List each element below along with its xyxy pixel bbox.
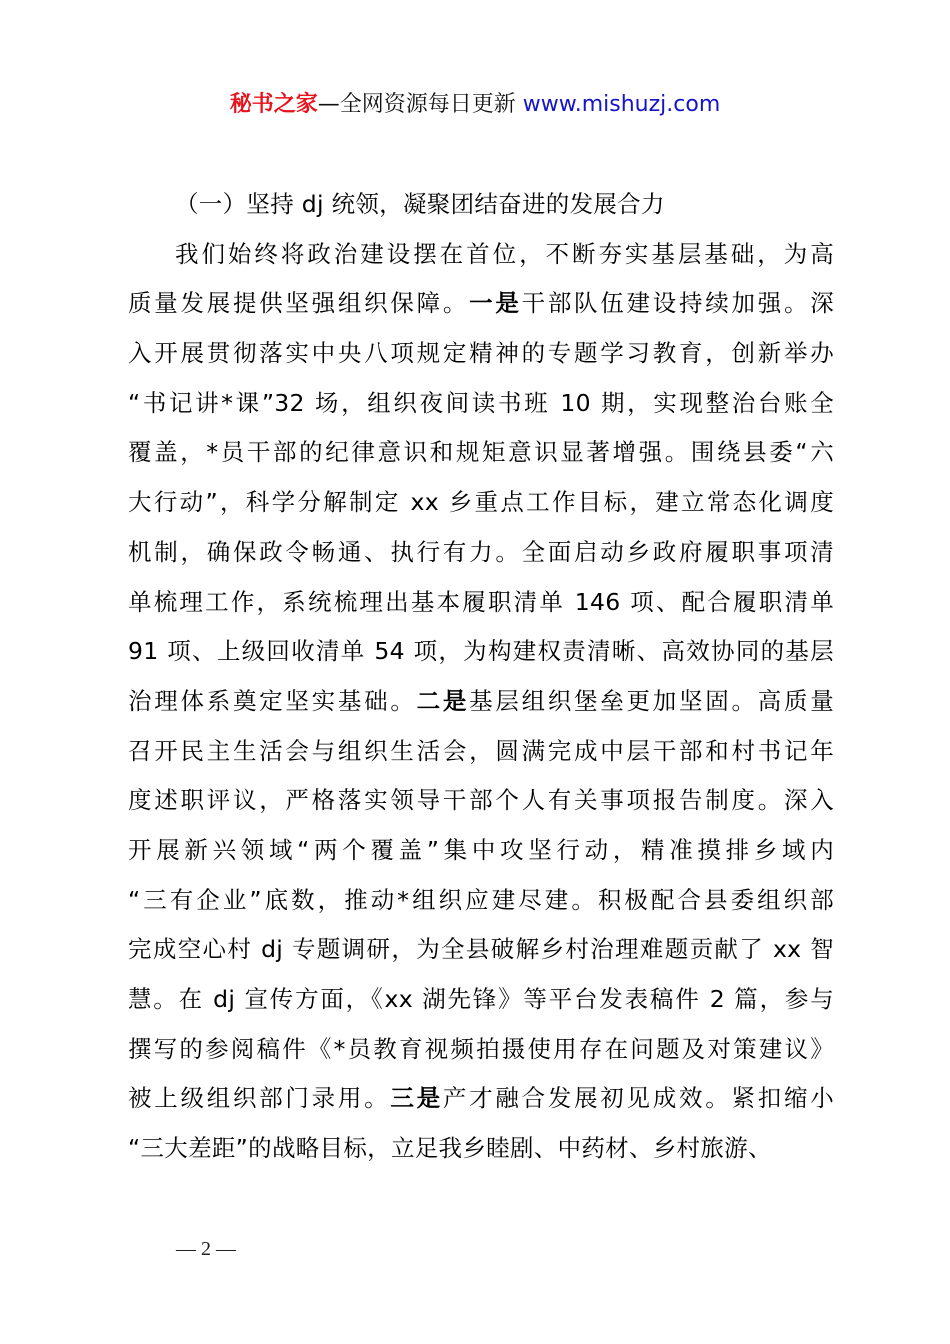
paragraph-line: 被上级组织部门录用。三是产才融合发展初见成效。紧扣缩小 — [128, 1074, 834, 1124]
paragraph-line: 质量发展提供坚强组织保障。一是干部队伍建设持续加强。深 — [128, 279, 834, 329]
brand-name: 秘书之家 — [230, 92, 318, 117]
paragraph-line: 撰写的参阅稿件《*员教育视频拍摄使用存在问题及对策建议》 — [128, 1025, 834, 1075]
watermark-header: 秘书之家—全网资源每日更新 www.mishuzj.com — [0, 88, 950, 122]
section-heading: （一）坚持 dj 统领，凝聚团结奋进的发展合力 — [128, 180, 834, 230]
bold-marker: 二是 — [417, 687, 469, 715]
paragraph-line: 召开民主生活会与组织生活会，圆满完成中层干部和村书记年 — [128, 727, 834, 777]
bold-marker: 三是 — [390, 1084, 442, 1112]
paragraph-line: 慧。在 dj 宣传方面，《xx 湖先锋》等平台发表稿件 2 篇，参与 — [128, 975, 834, 1025]
paragraph-line: “三有企业”底数，推动*组织应建尽建。积极配合县委组织部 — [128, 876, 834, 926]
paragraph-line: 我们始终将政治建设摆在首位，不断夯实基层基础，为高 — [128, 230, 834, 280]
header-tagline: —全网资源每日更新 — [318, 92, 523, 117]
paragraph-line: 单梳理工作，系统梳理出基本履职清单 146 项、配合履职清单 — [128, 578, 834, 628]
paragraph-line: 度述职评议，严格落实领导干部个人有关事项报告制度。深入 — [128, 776, 834, 826]
paragraph-line: 机制，确保政令畅通、执行有力。全面启动乡政府履职事项清 — [128, 528, 834, 578]
paragraph-line: 完成空心村 dj 专题调研，为全县破解乡村治理难题贡献了 xx 智 — [128, 925, 834, 975]
page-number: — 2 — — [176, 1238, 236, 1261]
site-url-link[interactable]: www.mishuzj.com — [523, 92, 720, 117]
paragraph-line: “三大差距”的战略目标，立足我乡睦剧、中药材、乡村旅游、 — [128, 1124, 834, 1174]
paragraph-line: 91 项、上级回收清单 54 项，为构建权责清晰、高效协同的基层 — [128, 627, 834, 677]
paragraph-line: 治理体系奠定坚实基础。二是基层组织堡垒更加坚固。高质量 — [128, 677, 834, 727]
bold-marker: 一是 — [469, 289, 521, 317]
paragraph-line: 覆盖，*员干部的纪律意识和规矩意识显著增强。围绕县委“六 — [128, 428, 834, 478]
paragraph-line: 开展新兴领域“两个覆盖”集中攻坚行动，精准摸排乡域内 — [128, 826, 834, 876]
paragraph-line: “书记讲*课”32 场，组织夜间读书班 10 期，实现整治台账全 — [128, 379, 834, 429]
document-body: （一）坚持 dj 统领，凝聚团结奋进的发展合力 我们始终将政治建设摆在首位，不断… — [128, 180, 834, 1174]
paragraph-line: 大行动”，科学分解制定 xx 乡重点工作目标，建立常态化调度 — [128, 478, 834, 528]
paragraph-line: 入开展贯彻落实中央八项规定精神的专题学习教育，创新举办 — [128, 329, 834, 379]
